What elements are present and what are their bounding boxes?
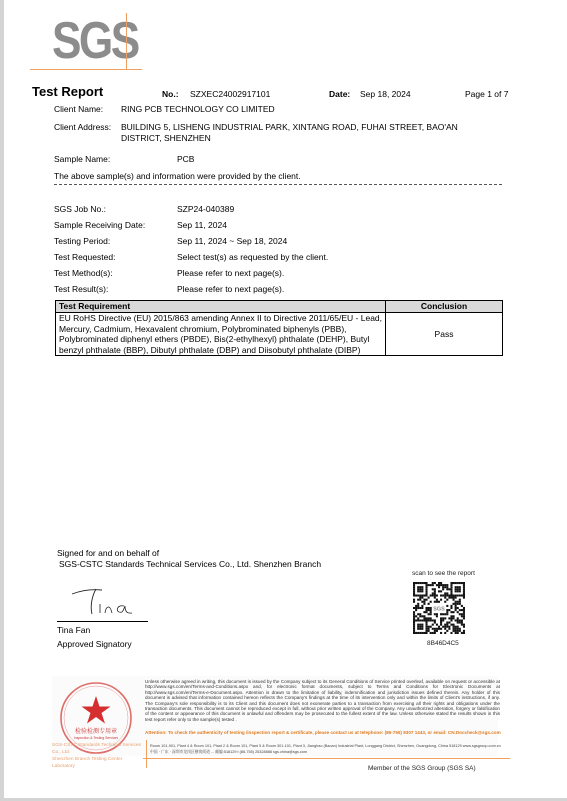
report-title: Test Report bbox=[32, 84, 103, 99]
sample-name-label: Sample Name: bbox=[54, 154, 110, 165]
detail-value: Please refer to next page(s). bbox=[177, 268, 284, 279]
detail-label: SGS Job No.: bbox=[54, 204, 106, 215]
legal-disclaimer: Unless otherwise agreed in writing, this… bbox=[145, 679, 500, 722]
signatory-name: Tina Fan bbox=[57, 625, 90, 636]
requirement-cell: EU RoHS Directive (EU) 2015/863 amending… bbox=[56, 313, 386, 356]
footer-vertical-rule bbox=[146, 740, 147, 768]
address-chinese: 中国 · 广东 · 深圳市龙岗区横岗街道 ... 邮编:518129 t (86… bbox=[150, 749, 505, 755]
detail-value: Sep 11, 2024 bbox=[177, 220, 227, 231]
sgs-logo: SGS bbox=[52, 12, 142, 72]
client-name-value: RING PCB TECHNOLOGY CO LIMITED bbox=[121, 104, 275, 115]
client-address-line2: DISTRICT, SHENZHEN bbox=[121, 133, 211, 144]
signatory-role: Approved Signatory bbox=[57, 639, 132, 650]
detail-label: Test Requested: bbox=[54, 252, 115, 263]
detail-label: Sample Receiving Date: bbox=[54, 220, 145, 231]
detail-value: Sep 11, 2024 ~ Sep 18, 2024 bbox=[177, 236, 287, 247]
signature-line bbox=[57, 621, 148, 622]
handwritten-signature-icon bbox=[70, 586, 140, 618]
detail-label: Testing Period: bbox=[54, 236, 110, 247]
table-row: EU RoHS Directive (EU) 2015/863 amending… bbox=[56, 313, 503, 356]
col-header-conclusion: Conclusion bbox=[386, 301, 503, 313]
sample-note: The above sample(s) and information were… bbox=[54, 171, 301, 182]
footer-horizontal-rule bbox=[143, 758, 510, 759]
date-value: Sep 18, 2024 bbox=[360, 89, 411, 99]
authenticity-notice: Attention: To check the authenticity of … bbox=[145, 730, 505, 736]
sgs-logo-text: SGS bbox=[52, 15, 138, 67]
page-indicator: Page 1 of 7 bbox=[465, 89, 508, 99]
stamp-caption-line1: SGS-CSTC Standards Technical Services Co… bbox=[52, 742, 142, 756]
detail-label: Test Method(s): bbox=[54, 268, 113, 279]
detail-label: Test Result(s): bbox=[54, 284, 108, 295]
test-requirement-table: Test Requirement Conclusion EU RoHS Dire… bbox=[55, 300, 503, 356]
signing-company: SGS-CSTC Standards Technical Services Co… bbox=[59, 559, 321, 570]
svg-text:SGS: SGS bbox=[433, 607, 445, 613]
sgs-member-note: Member of the SGS Group (SGS SA) bbox=[368, 765, 476, 772]
client-name-label: Client Name: bbox=[54, 104, 103, 115]
report-no-label: No.: bbox=[162, 89, 179, 99]
qr-code-id: 8B46D4C5 bbox=[427, 640, 459, 647]
conclusion-cell: Pass bbox=[386, 313, 503, 356]
signature-block: Signed for and on behalf of SGS-CSTC Sta… bbox=[57, 548, 321, 570]
page-left-border bbox=[0, 0, 4, 801]
sample-name-value: PCB bbox=[177, 154, 194, 165]
dashed-divider bbox=[54, 184, 502, 185]
stamp-caption: SGS-CSTC Standards Technical Services Co… bbox=[52, 742, 142, 770]
detail-value: Please refer to next page(s). bbox=[177, 284, 284, 295]
report-no-value: SZXEC24002917101 bbox=[190, 89, 270, 99]
stamp-caption-line2: Shenzhen Branch Testing Center Laborator… bbox=[52, 756, 142, 770]
logo-vertical-rule bbox=[126, 13, 127, 70]
svg-text:Inspection & Testing Services: Inspection & Testing Services bbox=[74, 736, 119, 740]
client-address-label: Client Address: bbox=[54, 122, 111, 133]
client-address-line1: BUILDING 5, LISHENG INDUSTRIAL PARK, XIN… bbox=[121, 122, 458, 133]
date-label: Date: bbox=[329, 89, 350, 99]
detail-value: SZP24-040389 bbox=[177, 204, 234, 215]
col-header-requirement: Test Requirement bbox=[56, 301, 386, 313]
signed-on-behalf: Signed for and on behalf of bbox=[57, 548, 321, 559]
detail-value: Select test(s) as requested by the clien… bbox=[177, 252, 328, 263]
qr-caption: scan to see the report bbox=[412, 570, 475, 577]
qr-code-icon[interactable]: SGS bbox=[413, 579, 465, 637]
svg-text:检验检测专用章: 检验检测专用章 bbox=[75, 727, 117, 735]
footer-address: Room 101-901, Plant 4 & Room 101, Plant … bbox=[150, 743, 505, 755]
